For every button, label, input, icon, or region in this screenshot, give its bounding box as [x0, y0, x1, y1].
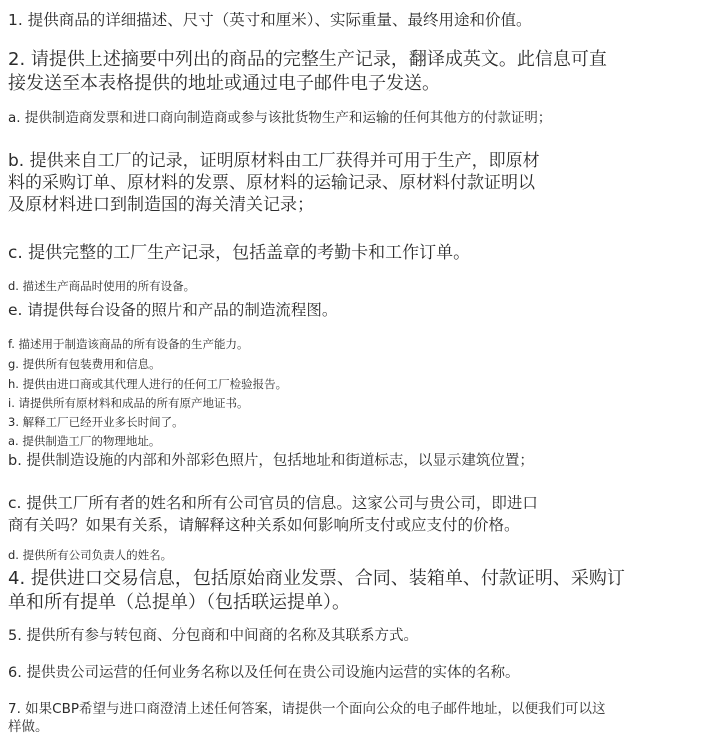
item-line: 商有关吗？如果有关系，请解释这种关系如何影响所支付或应支付的价格。: [8, 514, 538, 536]
item-line: 2. 请提供上述摘要中列出的商品的完整生产记录，翻译成英文。此信息可直: [8, 48, 607, 72]
item-line: b. 提供来自工厂的记录，证明原材料由工厂获得并可用于生产，即原材: [8, 150, 540, 172]
item-2c: c. 提供完整的工厂生产记录，包括盖章的考勤卡和工作订单。: [8, 242, 470, 264]
item-line: h. 提供由进口商或其代理人进行的任何工厂检验报告。: [8, 376, 287, 392]
item-2i: i. 请提供所有原材料和成品的所有原产地证书。: [8, 395, 249, 411]
item-2: 2. 请提供上述摘要中列出的商品的完整生产记录，翻译成英文。此信息可直 接发送至…: [8, 48, 607, 96]
document-page: 1. 提供商品的详细描述、尺寸（英寸和厘米）、实际重量、最终用途和价值。 2. …: [0, 0, 702, 756]
item-2g: g. 提供所有包装费用和信息。: [8, 356, 161, 372]
item-2e: e. 请提供每台设备的照片和产品的制造流程图。: [8, 299, 337, 321]
item-line: 4. 提供进口交易信息，包括原始商业发票、合同、装箱单、付款证明、采购订: [8, 567, 625, 591]
item-line: d. 提供所有公司负责人的姓名。: [8, 547, 172, 563]
item-line: 及原材料进口到制造国的海关清关记录；: [8, 194, 540, 216]
item-4: 4. 提供进口交易信息，包括原始商业发票、合同、装箱单、付款证明、采购订 单和所…: [8, 567, 625, 615]
item-line: 样做。: [8, 718, 606, 736]
item-7: 7. 如果CBP希望与进口商澄清上述任何答案，请提供一个面向公众的电子邮件地址，…: [8, 700, 606, 736]
item-line: i. 请提供所有原材料和成品的所有原产地证书。: [8, 395, 249, 411]
item-2f: f. 描述用于制造该商品的所有设备的生产能力。: [8, 336, 249, 352]
item-line: a. 提供制造商发票和进口商向制造商或参与该批货物生产和运输的任何其他方的付款证…: [8, 109, 551, 127]
item-2h: h. 提供由进口商或其代理人进行的任何工厂检验报告。: [8, 376, 287, 392]
item-line: e. 请提供每台设备的照片和产品的制造流程图。: [8, 299, 337, 321]
item-line: 接发送至本表格提供的地址或通过电子邮件电子发送。: [8, 72, 607, 96]
item-3b: b. 提供制造设施的内部和外部彩色照片，包括地址和街道标志，以显示建筑位置；: [8, 451, 534, 471]
item-line: 3. 解释工厂已经开业多长时间了。: [8, 414, 184, 430]
item-6: 6. 提供贵公司运营的任何业务名称以及任何在贵公司设施内运营的实体的名称。: [8, 663, 519, 683]
item-line: g. 提供所有包装费用和信息。: [8, 356, 161, 372]
item-3d: d. 提供所有公司负责人的姓名。: [8, 547, 172, 563]
item-line: 单和所有提单（总提单）（包括联运提单）。: [8, 591, 625, 615]
item-5: 5. 提供所有参与转包商、分包商和中间商的名称及其联系方式。: [8, 626, 418, 646]
item-2a: a. 提供制造商发票和进口商向制造商或参与该批货物生产和运输的任何其他方的付款证…: [8, 109, 551, 127]
item-line: 料的采购订单、原材料的发票、原材料的运输记录、原材料付款证明以: [8, 172, 540, 194]
item-1: 1. 提供商品的详细描述、尺寸（英寸和厘米）、实际重量、最终用途和价值。: [8, 9, 531, 31]
item-3a: a. 提供制造工厂的物理地址。: [8, 433, 160, 449]
item-line: 1. 提供商品的详细描述、尺寸（英寸和厘米）、实际重量、最终用途和价值。: [8, 9, 531, 31]
item-line: 5. 提供所有参与转包商、分包商和中间商的名称及其联系方式。: [8, 626, 418, 646]
item-line: b. 提供制造设施的内部和外部彩色照片，包括地址和街道标志，以显示建筑位置；: [8, 451, 534, 471]
item-3c: c. 提供工厂所有者的姓名和所有公司官员的信息。这家公司与贵公司，即进口 商有关…: [8, 492, 538, 536]
item-3: 3. 解释工厂已经开业多长时间了。: [8, 414, 184, 430]
item-line: c. 提供工厂所有者的姓名和所有公司官员的信息。这家公司与贵公司，即进口: [8, 492, 538, 514]
item-2d: d. 描述生产商品时使用的所有设备。: [8, 278, 195, 294]
item-2b: b. 提供来自工厂的记录，证明原材料由工厂获得并可用于生产，即原材 料的采购订单…: [8, 150, 540, 216]
item-line: 6. 提供贵公司运营的任何业务名称以及任何在贵公司设施内运营的实体的名称。: [8, 663, 519, 683]
item-line: 7. 如果CBP希望与进口商澄清上述任何答案，请提供一个面向公众的电子邮件地址，…: [8, 700, 606, 718]
item-line: d. 描述生产商品时使用的所有设备。: [8, 278, 195, 294]
item-line: f. 描述用于制造该商品的所有设备的生产能力。: [8, 336, 249, 352]
item-line: a. 提供制造工厂的物理地址。: [8, 433, 160, 449]
item-line: c. 提供完整的工厂生产记录，包括盖章的考勤卡和工作订单。: [8, 242, 470, 264]
